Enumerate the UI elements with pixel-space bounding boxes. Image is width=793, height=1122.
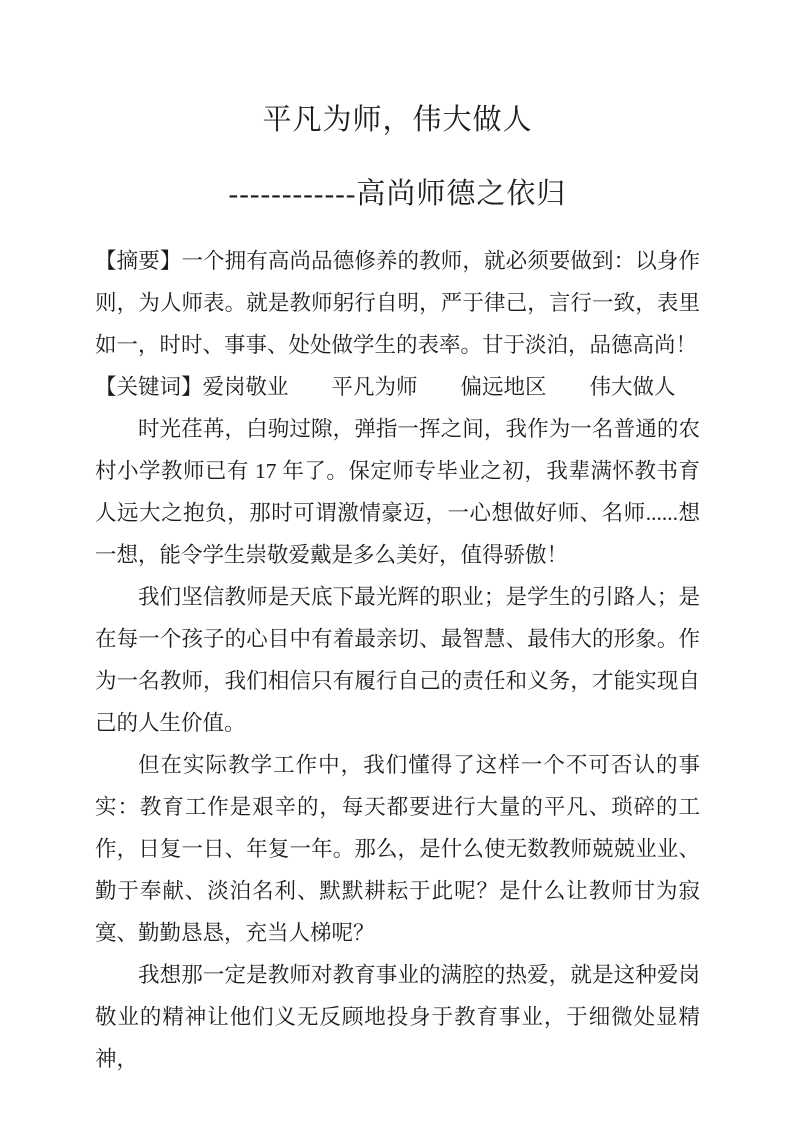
document-title: 平凡为师，伟大做人 <box>95 104 700 136</box>
document-body: 【摘要】一个拥有高尚品德修养的教师，就必须要做到：以身作则，为人师表。就是教师躬… <box>95 240 700 1080</box>
paragraph-para-1: 时光荏苒，白驹过隙，弹指一挥之间，我作为一名普通的农村小学教师已有 17 年了。… <box>95 408 700 576</box>
document-page: 平凡为师，伟大做人 ------------高尚师德之依归 【摘要】一个拥有高尚… <box>0 0 793 1122</box>
document-subtitle: ------------高尚师德之依归 <box>95 178 700 210</box>
paragraph-para-4: 我想那一定是教师对教育事业的满腔的热爱，就是这种爱岗敬业的精神让他们义无反顾地投… <box>95 954 700 1080</box>
paragraph-para-3: 但在实际教学工作中，我们懂得了这样一个不可否认的事实：教育工作是艰辛的，每天都要… <box>95 744 700 954</box>
paragraph-keywords: 【关键词】爱岗敬业 平凡为师 偏远地区 伟大做人 <box>95 366 700 408</box>
paragraph-abstract: 【摘要】一个拥有高尚品德修养的教师，就必须要做到：以身作则，为人师表。就是教师躬… <box>95 240 700 366</box>
paragraph-para-2: 我们坚信教师是天底下最光辉的职业；是学生的引路人；是在每一个孩子的心目中有着最亲… <box>95 576 700 744</box>
